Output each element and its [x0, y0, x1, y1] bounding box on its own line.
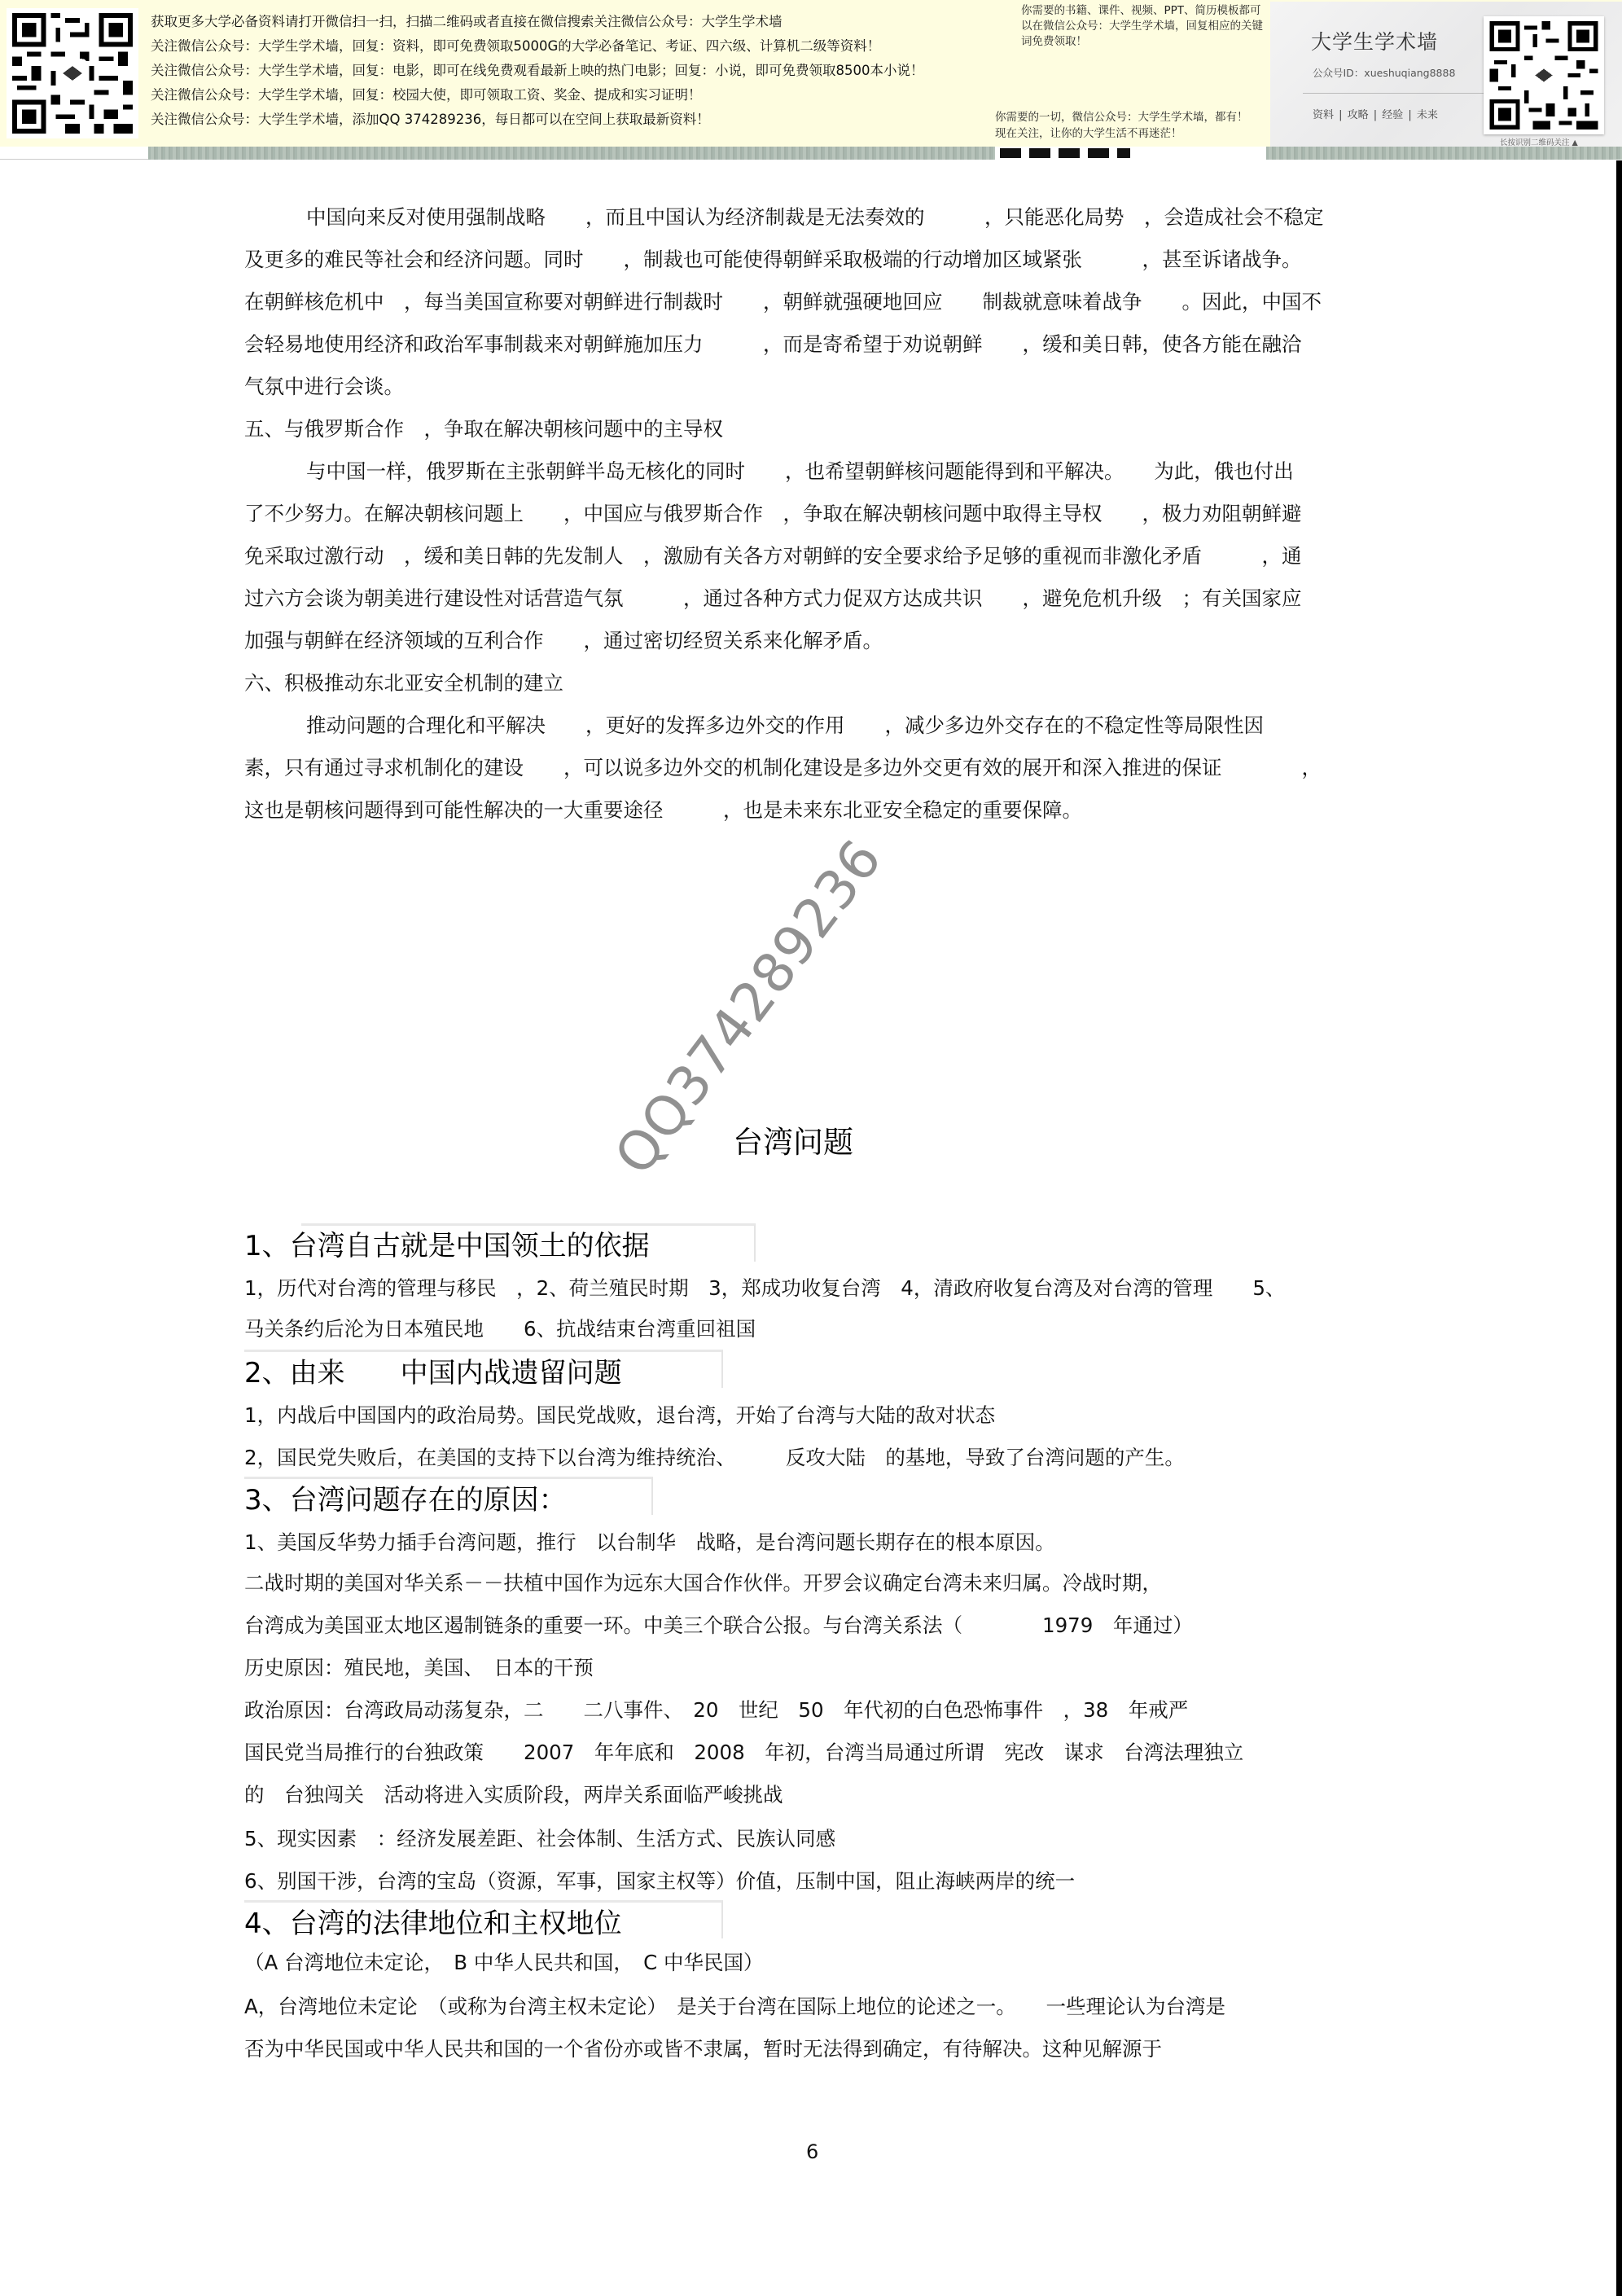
paragraph-line: 5、现实因素 ：经济发展差距、社会体制、生活方式、民族认同感	[244, 1826, 835, 1852]
cropped-heading-fragment	[1000, 148, 1130, 158]
paragraph-line: 这也是朝核问题得到可能性解决的一大重要途径 ，也是未来东北亚安全稳定的重要保障。	[244, 797, 1082, 823]
banner-promo-lines: 获取更多大学必备资料请打开微信扫一扫，扫描二维码或者直接在微信搜索关注微信公众号…	[151, 10, 1014, 132]
paragraph-line: 2，国民党失败后，在美国的支持下以台湾为维持统治、 反攻大陆 的基地，导致了台湾…	[244, 1445, 1185, 1471]
texture-strip	[1266, 147, 1622, 160]
paragraph-line: 中国向来反对使用强制战略 ，而且中国认为经济制裁是无法奏效的 ，只能恶化局势 ，…	[306, 204, 1324, 230]
paragraph-line: 1、美国反华势力插手台湾问题，推行 以台制华 战略，是台湾问题长期存在的根本原因…	[244, 1530, 1055, 1556]
banner-line: 关注微信公众号：大学生学术墙，回复：电影，即可在线免费观看最新上映的热门电影；回…	[151, 59, 1014, 83]
texture-strip	[148, 147, 995, 160]
paragraph-line: 及更多的难民等社会和经济问题。同时 ，制裁也可能使得朝鲜采取极端的行动增加区域紧…	[244, 247, 1302, 273]
paragraph-line: 加强与朝鲜在经济领域的互利合作 ，通过密切经贸关系来化解矛盾。	[244, 628, 883, 654]
divider	[1303, 93, 1490, 94]
paragraph-line: 免采取过激行动 ，缓和美日韩的先发制人 ，激励有关各方对朝鲜的安全要求给予足够的…	[244, 543, 1302, 569]
paragraph-line: 1，内战后中国国内的政治局势。国民党战败，退台湾，开始了台湾与大陆的敌对状态	[244, 1403, 995, 1429]
account-tags: 资料 | 攻略 | 经验 | 未来	[1313, 106, 1438, 121]
paragraph-line: 6、别国干涉，台湾的宝岛（资源，军事，国家主权等）价值，压制中国，阻止海峡两岸的…	[244, 1868, 1075, 1894]
paragraph-line: 国民党当局推行的台独政策 2007 年年底和 2008 年初，台湾当局通过所谓 …	[244, 1740, 1243, 1766]
paragraph-line: A，台湾地位未定论 （或称为台湾主权未定论） 是关于台湾在国际上地位的论述之一。…	[244, 1994, 1225, 2020]
account-name: 大学生学术墙	[1311, 26, 1438, 55]
paragraph-line: 1，历代对台湾的管理与移民 ，2、荷兰殖民时期 3，郑成功收复台湾 4，清政府收…	[244, 1275, 1285, 1302]
divider	[0, 159, 148, 160]
page-title: 台湾问题	[733, 1117, 853, 1161]
qr-code-icon	[7, 8, 138, 138]
paragraph-line: 的 台独闯关 活动将进入实质阶段，两岸关系面临严峻挑战	[244, 1782, 783, 1808]
qr-code-icon	[1484, 16, 1604, 134]
qr-caption: 长按识别二维码关注 ▲	[1500, 136, 1578, 147]
paragraph-line: 会轻易地使用经济和政治军事制裁来对朝鲜施加压力 ，而是寄希望于劝说朝鲜 ，缓和美…	[244, 331, 1302, 358]
paragraph-line: 历史原因：殖民地，美国、 日本的干预	[244, 1655, 594, 1681]
banner-side-note-bottom: 你需要的一切，微信公众号：大学生学术墙，都有！ 现在关注，让你的大学生活不再迷茫…	[995, 109, 1272, 142]
paragraph-line: 素，只有通过寻求机制化的建设 ，可以说多边外交的机制化建设是多边外交更有效的展开…	[244, 755, 1322, 781]
banner-side-line: 现在关注，让你的大学生活不再迷茫！	[995, 125, 1272, 142]
paragraph-line: 推动问题的合理化和平解决 ，更好的发挥多边外交的作用 ，减少多边外交存在的不稳定…	[306, 713, 1264, 739]
banner-line: 获取更多大学必备资料请打开微信扫一扫，扫描二维码或者直接在微信搜索关注微信公众号…	[151, 10, 1014, 34]
paragraph-line: 台湾成为美国亚太地区遏制链条的重要一环。中美三个联合公报。与台湾关系法（ 197…	[244, 1613, 1193, 1639]
section-heading: 五、与俄罗斯合作 ，争取在解决朝核问题中的主导权	[244, 416, 723, 442]
paragraph-line: 过六方会谈为朝美进行建设性对话营造气氛 ，通过各种方式力促双方达成共识 ，避免危…	[244, 586, 1302, 612]
banner-line: 关注微信公众号：大学生学术墙，回复：资料，即可免费领取5000G的大学必备笔记、…	[151, 34, 1014, 59]
account-id: 公众号ID：xueshuqiang8888	[1313, 65, 1455, 80]
page-number: 6	[806, 2140, 818, 2163]
paragraph-line: 否为中华民国或中华人民共和国的一个省份亦或皆不隶属，暂时无法得到确定，有待解决。…	[244, 2036, 1162, 2062]
promo-banner: 获取更多大学必备资料请打开微信扫一扫，扫描二维码或者直接在微信搜索关注微信公众号…	[0, 0, 1622, 147]
paragraph-line: 气氛中进行会谈。	[244, 374, 404, 400]
section-heading: 1、台湾自古就是中国领土的依据	[244, 1228, 650, 1264]
paragraph-line: 马关条约后沦为日本殖民地 6、抗战结束台湾重回祖国	[244, 1316, 756, 1342]
section-heading: 2、由来 中国内战遗留问题	[244, 1355, 622, 1391]
paragraph-line: 在朝鲜核危机中 ，每当美国宣称要对朝鲜进行制裁时 ，朝鲜就强硬地回应 制裁就意味…	[244, 289, 1322, 315]
paragraph-line: 二战时期的美国对华关系－－扶植中国作为远东大国合作伙伴。开罗会议确定台湾未来归属…	[244, 1570, 1162, 1596]
paragraph-line: 政治原因：台湾政局动荡复杂，二 二八事件、 20 世纪 50 年代初的白色恐怖事…	[244, 1697, 1188, 1723]
banner-side-line: 你需要的一切，微信公众号：大学生学术墙，都有！	[995, 109, 1272, 125]
section-heading: 六、积极推动东北亚安全机制的建立	[244, 670, 563, 696]
page-edge-bar	[1616, 160, 1622, 2296]
banner-line: 关注微信公众号：大学生学术墙，回复：校园大使，即可领取工资、奖金、提成和实习证明…	[151, 83, 1014, 108]
paragraph-line: 了不少努力。在解决朝核问题上 ，中国应与俄罗斯合作 ，争取在解决朝核问题中取得主…	[244, 501, 1302, 527]
banner-side-note: 你需要的书籍、课件、视频、PPT、简历模板都可以在微信公众号：大学生学术墙，回复…	[1021, 3, 1265, 50]
paragraph-line: （A 台湾地位未定论， B 中华人民共和国， C 中华民国）	[244, 1950, 764, 1976]
banner-line: 关注微信公众号：大学生学术墙，添加QQ 374289236，每日都可以在空间上获…	[151, 108, 1014, 132]
section-heading: 3、台湾问题存在的原因：	[244, 1482, 567, 1518]
paragraph-line: 与中国一样，俄罗斯在主张朝鲜半岛无核化的同时 ，也希望朝鲜核问题能得到和平解决。…	[306, 459, 1294, 485]
section-heading: 4、台湾的法律地位和主权地位	[244, 1906, 622, 1942]
